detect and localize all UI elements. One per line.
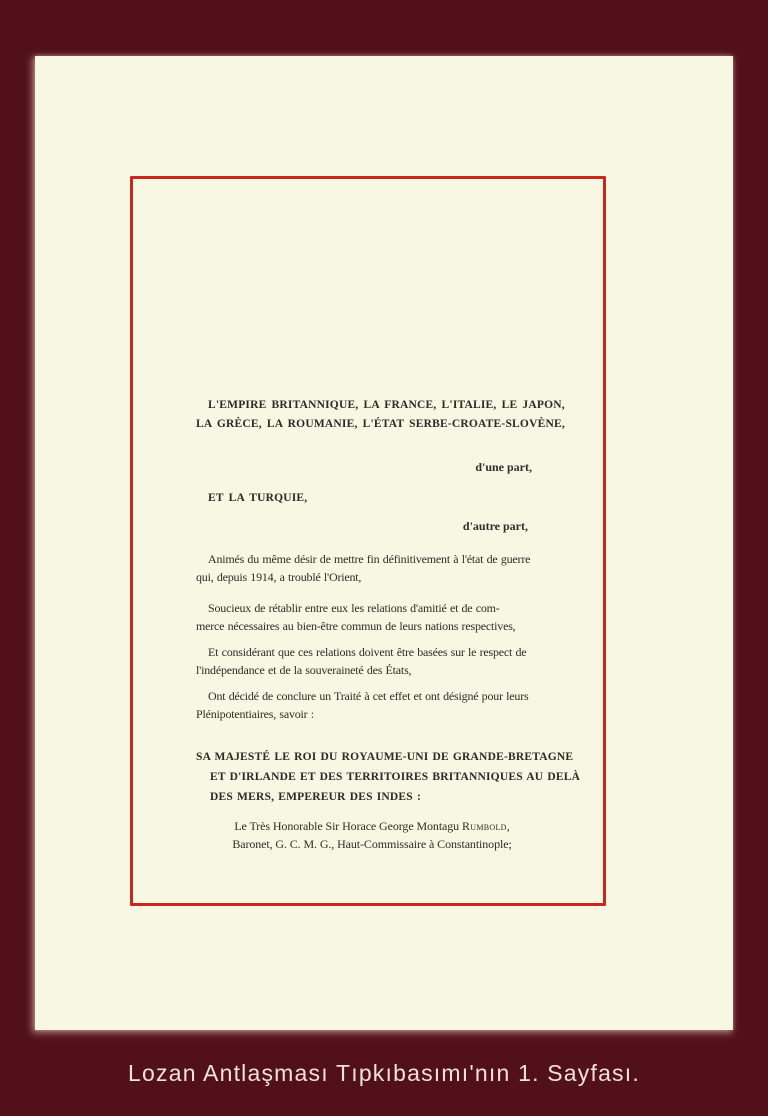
paragraph-decide: Ont décidé de conclure un Traité à cet e… bbox=[196, 687, 548, 723]
plenipotentiary-block: Le Très Honorable Sir Horace George Mont… bbox=[196, 817, 548, 853]
turquie-heading: ET LA TURQUIE, bbox=[196, 489, 548, 507]
photo-background: L'EMPIRE BRITANNIQUE, LA FRANCE, L'ITALI… bbox=[0, 0, 768, 1116]
autre-part-line: d'autre part, bbox=[196, 517, 548, 535]
parties-heading-line1: L'EMPIRE BRITANNIQUE, LA FRANCE, L'ITALI… bbox=[196, 396, 548, 415]
paragraph-considerant: Et considérant que ces relations doivent… bbox=[196, 643, 548, 679]
paragraph-soucieux: Soucieux de rétablir entre eux les relat… bbox=[196, 599, 548, 635]
paragraph-animes: Animés du même désir de mettre fin défin… bbox=[196, 550, 548, 586]
king-title-block: SA MAJESTÉ LE ROI DU ROYAUME-UNI DE GRAN… bbox=[196, 747, 548, 807]
treaty-text-block: L'EMPIRE BRITANNIQUE, LA FRANCE, L'ITALI… bbox=[196, 396, 548, 853]
red-border-frame: L'EMPIRE BRITANNIQUE, LA FRANCE, L'ITALI… bbox=[130, 176, 606, 906]
plenipotentiary-line1: Le Très Honorable Sir Horace George Mont… bbox=[196, 817, 548, 835]
print-artifact-mark: ' bbox=[498, 840, 500, 852]
une-part-line: d'une part, bbox=[196, 458, 548, 476]
caption-text: Lozan Antlaşması Tıpkıbasımı'nın 1. Sayf… bbox=[128, 1060, 640, 1087]
plenipotentiary-line2: Baronet, G. C. M. G., Haut-Commissaire à… bbox=[196, 835, 548, 853]
caption-bar: Lozan Antlaşması Tıpkıbasımı'nın 1. Sayf… bbox=[0, 1030, 768, 1116]
treaty-facsimile-page: L'EMPIRE BRITANNIQUE, LA FRANCE, L'ITALI… bbox=[35, 56, 733, 1030]
parties-heading-line2: LA GRÈCE, LA ROUMANIE, L'ÉTAT SERBE-CROA… bbox=[196, 415, 548, 434]
parties-heading: L'EMPIRE BRITANNIQUE, LA FRANCE, L'ITALI… bbox=[196, 396, 548, 434]
rumbold-name: Rumbold bbox=[462, 819, 507, 833]
